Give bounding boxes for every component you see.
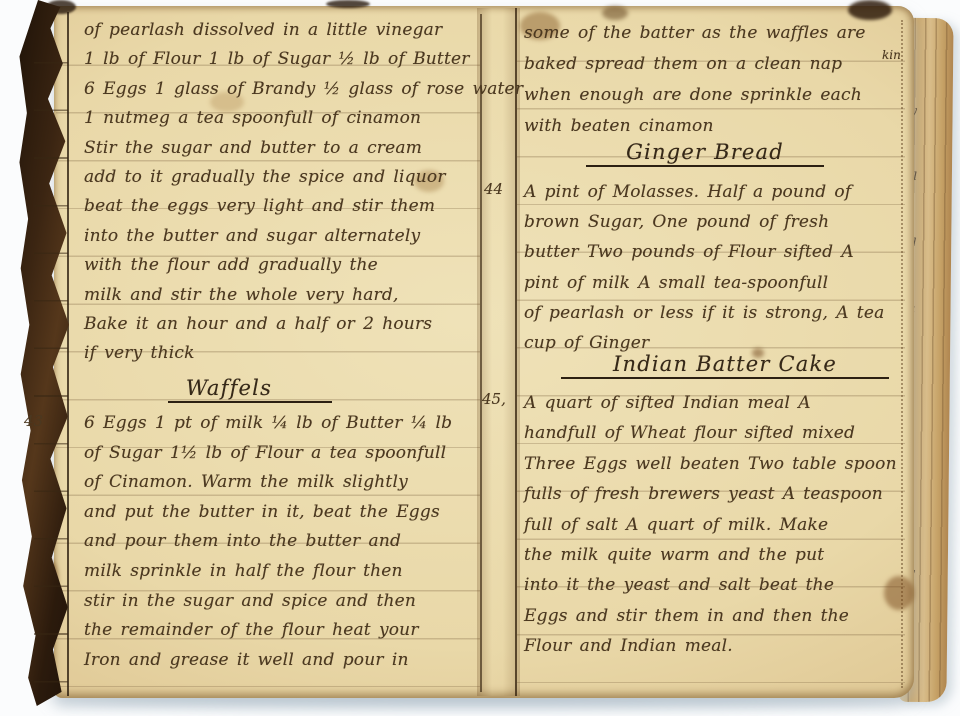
handwriting-line: milk sprinkle in half the flour then xyxy=(84,557,452,587)
handwriting-line: some of the batter as the waffles are xyxy=(524,18,866,49)
handwriting-line: baked spread them on a clean nap xyxy=(524,49,866,80)
indian-batter-cake-heading: Indian Batter Cake xyxy=(540,352,910,379)
handwriting-line: beat the eggs very light and stir them xyxy=(84,192,523,221)
handwriting-line: Iron and grease it well and pour in xyxy=(84,646,452,676)
ginger-bread-heading: Ginger Bread xyxy=(540,140,870,167)
handwriting-line: and pour them into the butter and xyxy=(84,527,452,557)
waffels-recipe-text: 6 Eggs 1 pt of milk ¼ lb of Butter ¼ lbo… xyxy=(84,409,452,675)
handwriting-line: into it the yeast and salt beat the xyxy=(524,570,897,600)
stain xyxy=(848,0,892,20)
handwriting-line: y xyxy=(910,78,941,144)
right-page-continuation-text: some of the batter as the waffles arebak… xyxy=(524,18,866,142)
handwriting-line: full of salt A quart of milk. Make xyxy=(524,510,897,540)
handwriting-line: the milk quite warm and the put xyxy=(524,540,897,570)
recipe-number-43: 43 xyxy=(24,412,43,430)
recipe-number-45: 45, xyxy=(482,390,506,408)
handwriting-line: of pearlash or less if it is strong, A t… xyxy=(524,298,884,328)
handwriting-line: ll xyxy=(910,144,941,210)
handwriting-line: handfull of Wheat flour sifted mixed xyxy=(524,418,897,448)
handwriting-line: A quart of sifted Indian meal A xyxy=(524,388,897,418)
handwriting-line: Bake it an hour and a half or 2 hours xyxy=(84,310,523,339)
recipe-number-44: 44 xyxy=(484,180,503,198)
ginger-bread-recipe-text: A pint of Molasses. Half a pound ofbrown… xyxy=(524,177,884,358)
handwriting-line: butter Two pounds of Flour sifted A xyxy=(524,237,884,267)
handwriting-line: if very thick xyxy=(84,339,523,368)
handwriting-line: milk and stir the whole very hard, xyxy=(84,281,523,310)
handwriting-line: of pearlash dissolved in a little vinega… xyxy=(84,16,523,45)
handwriting-line: into the butter and sugar alternately xyxy=(84,222,523,251)
handwriting-line: stir in the sugar and spice and then xyxy=(84,587,452,617)
handwriting-line: brown Sugar, One pound of fresh xyxy=(524,207,884,237)
indian-batter-cake-recipe-text: A quart of sifted Indian meal Ahandfull … xyxy=(524,388,897,662)
handwriting-line: 6 Eggs 1 pt of milk ¼ lb of Butter ¼ lb xyxy=(84,409,452,439)
handwriting-line: Stir the sugar and butter to a cream xyxy=(84,134,523,163)
handwriting-line: Eggs and stir them in and then the xyxy=(524,601,897,631)
handwriting-line: when enough are done sprinkle each xyxy=(524,80,866,111)
left-page-continuation-text: of pearlash dissolved in a little vinega… xyxy=(84,16,523,369)
handwriting-line: and put the butter in it, beat the Eggs xyxy=(84,498,452,528)
handwriting-line: 1 lb of Flour 1 lb of Sugar ½ lb of Butt… xyxy=(84,45,523,74)
handwriting-line: with the flour add gradually the xyxy=(84,251,523,280)
stain xyxy=(326,0,370,8)
ginger-bread-heading-text: Ginger Bread xyxy=(586,140,824,167)
waffels-heading: Waffels xyxy=(100,376,400,403)
handwriting-line: the remainder of the flour heat your xyxy=(84,616,452,646)
handwriting-line: pint of milk A small tea-spoonfull xyxy=(524,268,884,298)
handwriting-line: with beaten cinamon xyxy=(524,111,866,142)
recipe-book-photo: ylldaskpwn of pearlash dissolved in a li… xyxy=(0,0,960,716)
indian-batter-cake-heading-text: Indian Batter Cake xyxy=(561,352,889,379)
left-margin-tick-marks xyxy=(34,16,68,692)
handwriting-line: Three Eggs well beaten Two table spoon xyxy=(524,449,897,479)
handwriting-line: fulls of fresh brewers yeast A teaspoon xyxy=(524,479,897,509)
napkin-insertion-note: kin xyxy=(882,48,901,62)
handwriting-line: A pint of Molasses. Half a pound of xyxy=(524,177,884,207)
handwriting-line: 6 Eggs 1 glass of Brandy ½ glass of rose… xyxy=(84,75,523,104)
waffels-heading-text: Waffels xyxy=(168,376,332,403)
handwriting-line: add to it gradually the spice and liquor xyxy=(84,163,523,192)
handwriting-line: of Cinamon. Warm the milk slightly xyxy=(84,468,452,498)
handwriting-line: Flour and Indian meal. xyxy=(524,631,897,661)
handwriting-line: of Sugar 1½ lb of Flour a tea spoonfull xyxy=(84,439,452,469)
handwriting-line: 1 nutmeg a tea spoonfull of cinamon xyxy=(84,104,523,133)
